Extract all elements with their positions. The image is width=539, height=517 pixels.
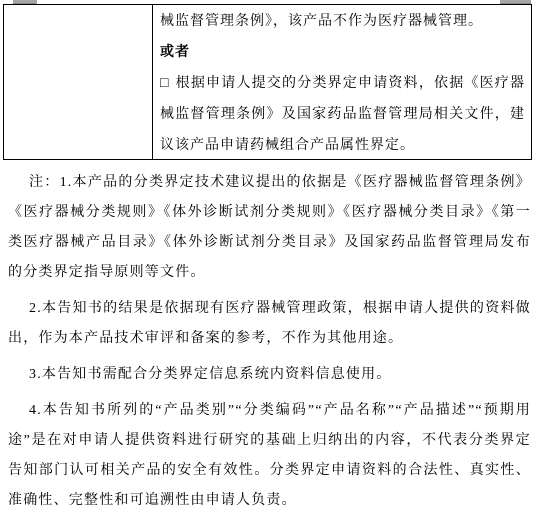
checkbox-icon[interactable]: □ [160, 68, 175, 99]
table-cell-label [4, 5, 153, 159]
note-paragraph-1: 注：1.本产品的分类界定技术建议提出的依据是《医疗器械监督管理条例》《医疗器械分… [8, 168, 531, 288]
table-cell-content: 械监督管理条例》，该产品不作为医疗器械管理。 或者 □根据申请人提交的分类界定申… [153, 5, 531, 159]
note-paragraph-2: 2.本告知书的结果是依据现有医疗器械管理政策，根据申请人提供的资料做出，作为本产… [8, 294, 531, 354]
note-paragraph-3: 3.本告知书需配合分类界定信息系统内资料信息使用。 [8, 360, 531, 390]
result-text-continuation: 械监督管理条例》，该产品不作为医疗器械管理。 [160, 6, 525, 37]
classification-result-table: 械监督管理条例》，该产品不作为医疗器械管理。 或者 □根据申请人提交的分类界定申… [3, 4, 532, 160]
note-paragraph-4: 4.本告知书所列的“产品类别”“分类编码”“产品名称”“产品描述”“预期用途”是… [8, 396, 531, 516]
or-separator-label: 或者 [160, 37, 525, 68]
result-option-text: 根据申请人提交的分类界定申请资料，依据《医疗器械监督管理条例》及国家药品监督管理… [160, 76, 525, 153]
notes-section: 注：1.本产品的分类界定技术建议提出的依据是《医疗器械监督管理条例》《医疗器械分… [0, 168, 539, 517]
result-option-paragraph: □根据申请人提交的分类界定申请资料，依据《医疗器械监督管理条例》及国家药品监督管… [160, 68, 525, 159]
